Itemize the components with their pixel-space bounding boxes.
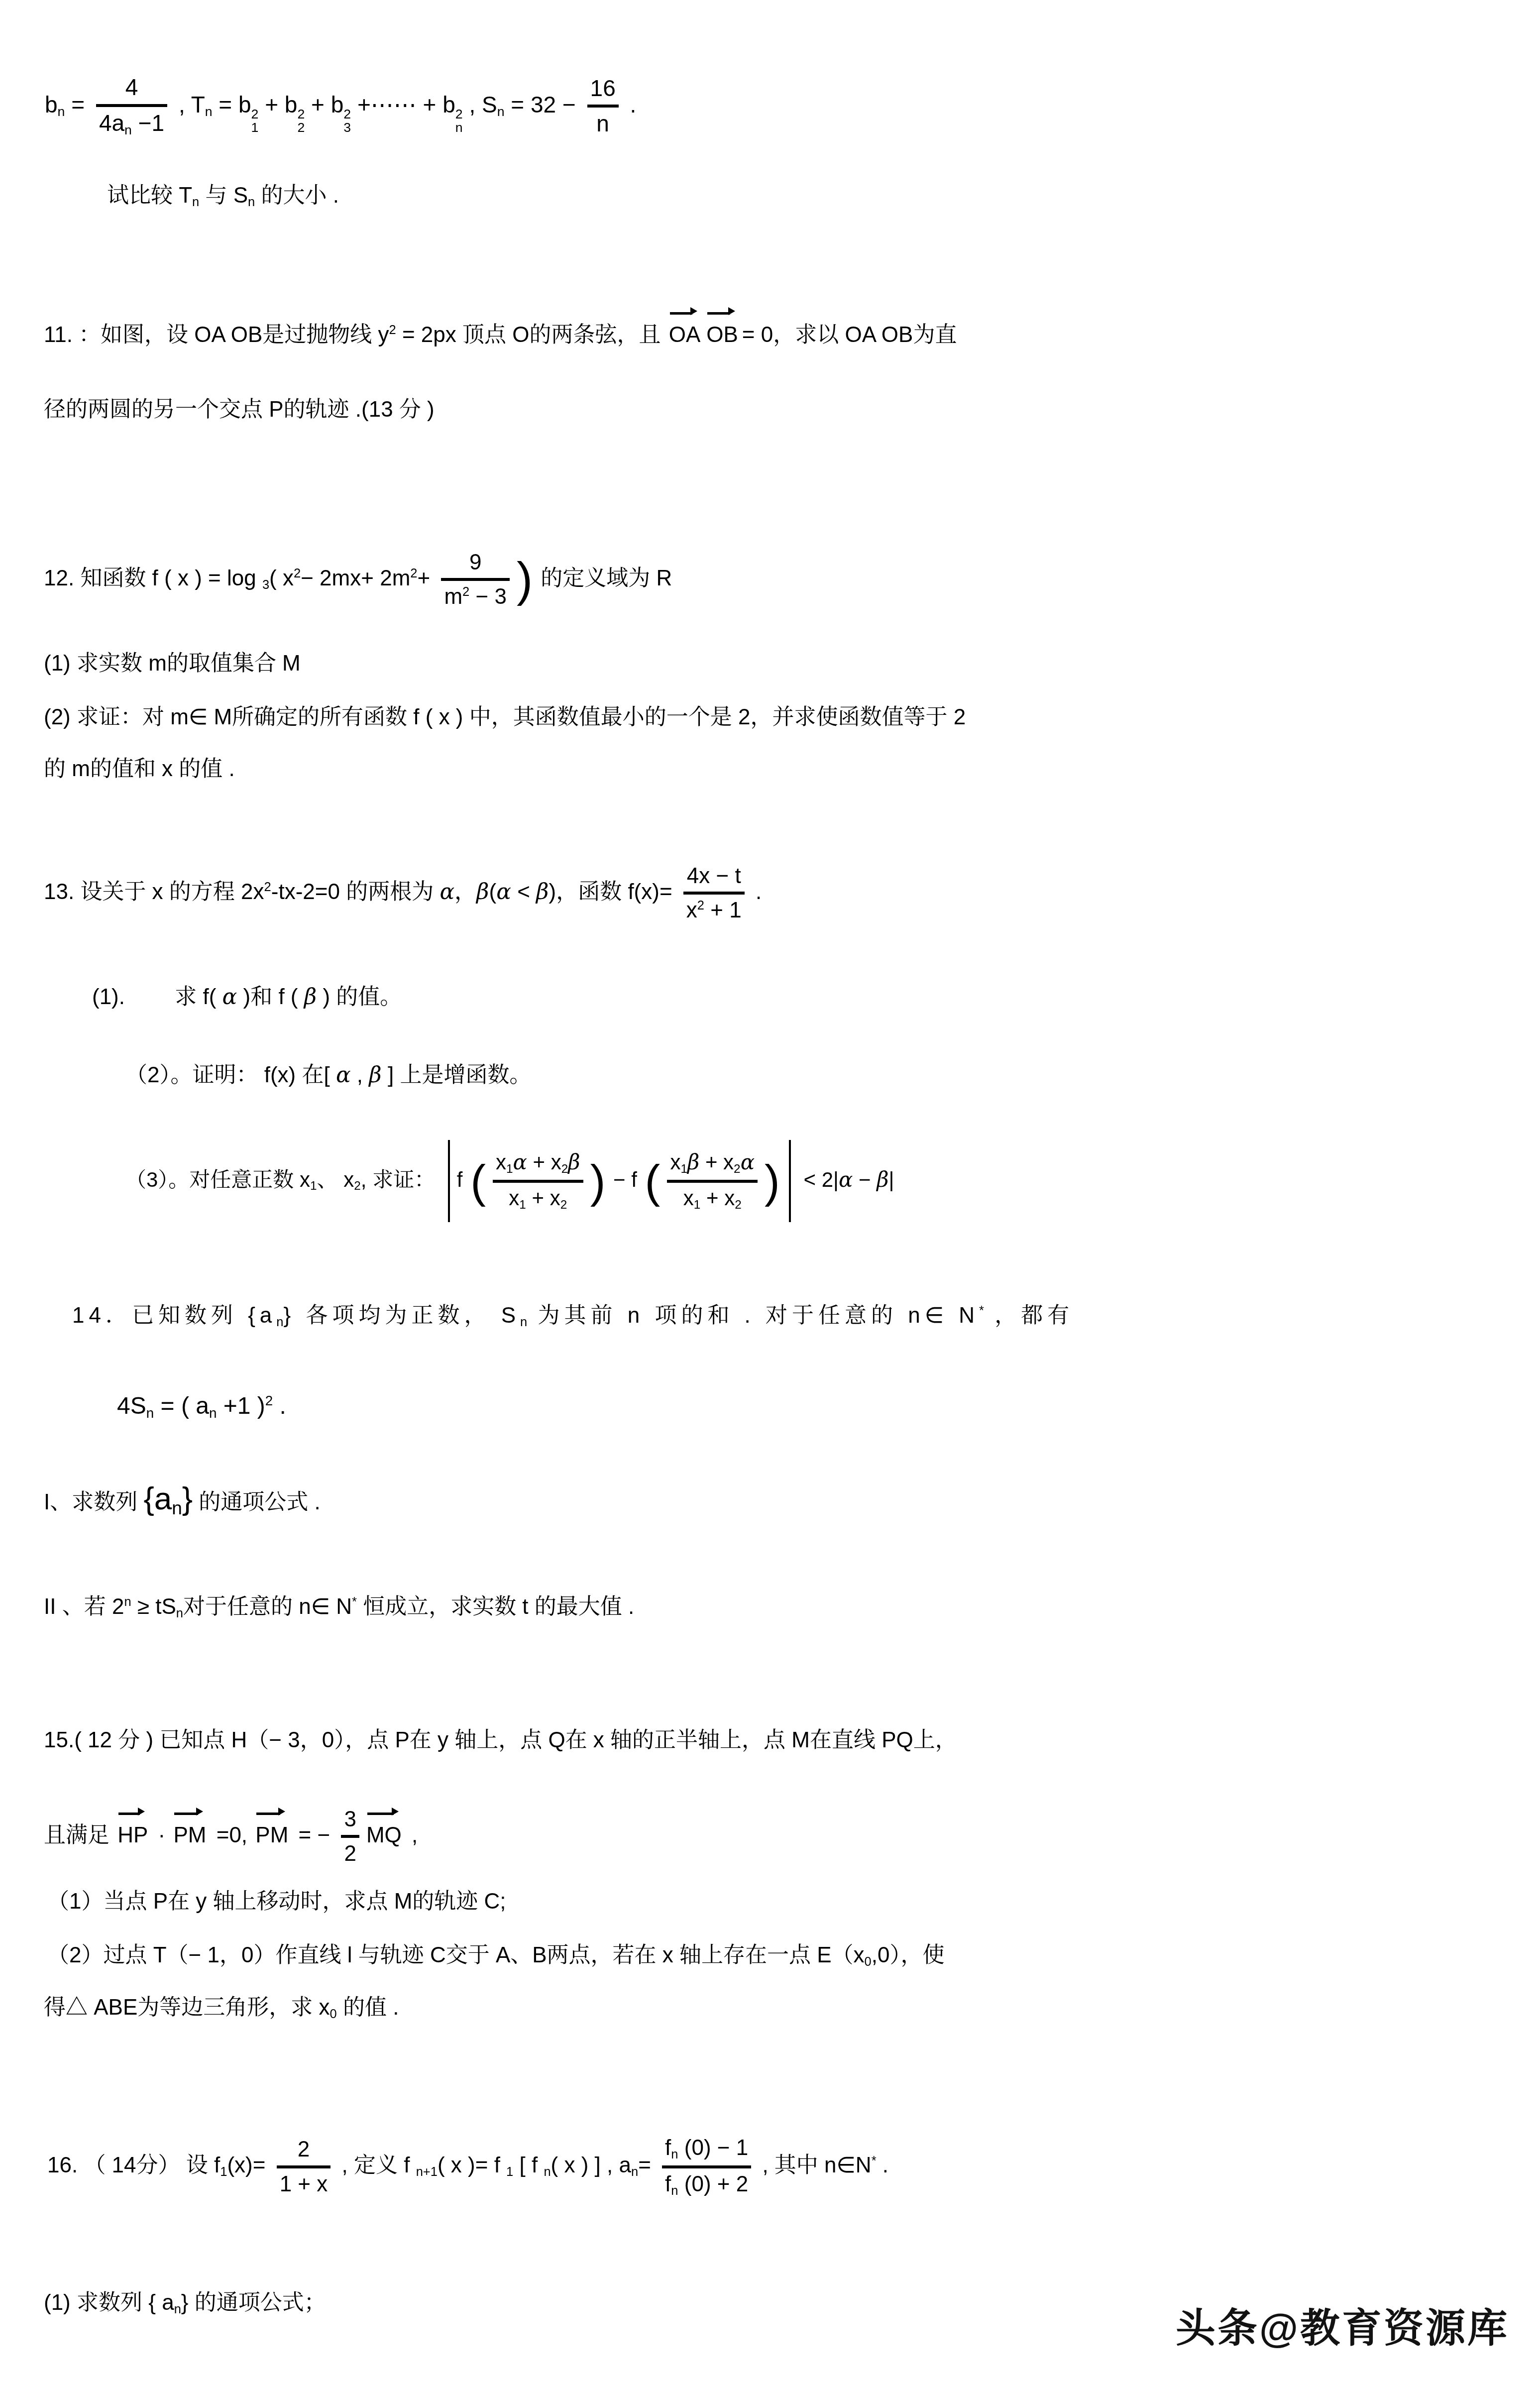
text: =0, (210, 1823, 253, 1847)
text: } 的通项公式； (181, 2290, 326, 2315)
fraction-bar (662, 2165, 751, 2168)
text: 为其前 n 项的和 . 对于任意的 n∈ N (527, 1303, 979, 1328)
fraction: 16n (587, 76, 619, 137)
text: 2 (298, 2137, 310, 2161)
text: x (686, 898, 697, 922)
text: -tx-2=0 的两根为 (271, 880, 440, 904)
subscript: n (174, 2302, 181, 2316)
greek-letter: α (513, 1150, 527, 1174)
greek-letter: β (536, 879, 549, 905)
text: )，函数 f(x)= (549, 880, 678, 904)
fraction-bar (587, 105, 619, 108)
big-paren: ( (470, 1155, 486, 1207)
text: (x)= (227, 2153, 271, 2177)
text: x (496, 1150, 506, 1174)
subscript: 3 (262, 578, 269, 592)
subscript: n (276, 1315, 283, 1329)
greek-letter: β (369, 1062, 381, 1088)
text: + (418, 566, 437, 590)
text: （2）。证明： f(x) 在[ (125, 1063, 336, 1087)
text: 4a (99, 110, 124, 136)
text: , 其中 n∈N (756, 2153, 871, 2177)
problem-14-part-2: II 、若 2n ≥ tSn对于任意的 n∈ N* 恒成立，求实数 t 的最大值… (44, 1593, 634, 1622)
text: 15.( 12 分 ) 已知点 H（− 3，0），点 P在 y 轴上，点 Q在 … (44, 1728, 957, 1752)
problem-16-heading: 16. （ 14分） 设 f1(x)= 21 + x , 定义 f n+1( x… (47, 2136, 888, 2198)
subscript: n (671, 2184, 678, 2198)
numerator: 16 (587, 76, 619, 102)
stacked-sub: 3 (343, 121, 351, 134)
text: (0) − 1 (678, 2136, 749, 2160)
text: 的通项公式 . (193, 1490, 321, 1514)
text: = 0，求以 OA OB为直 (742, 323, 957, 347)
text: 与 S (199, 183, 248, 208)
text: OA (669, 323, 701, 347)
text: 的值 . (337, 1995, 399, 2020)
subscript: n (671, 2148, 678, 2161)
subscript: 1 (310, 1179, 317, 1193)
text: II 、若 2 (44, 1594, 124, 1619)
numerator: 9 (466, 550, 484, 574)
vector: PM (173, 1821, 206, 1849)
text: < (511, 880, 536, 904)
text: ) 的值。 (317, 985, 402, 1009)
text: MQ (366, 1823, 402, 1847)
fraction-bar (96, 104, 167, 107)
watermark: 头条@教育资源库 (1176, 2296, 1509, 2353)
subscript: n (248, 195, 255, 209)
greek-letter: α (222, 984, 237, 1010)
subscript: n (58, 104, 65, 119)
text: ，都有 (984, 1303, 1074, 1328)
text: + x (527, 1150, 561, 1174)
stacked-sub: 1 (251, 121, 259, 134)
subscript: n (209, 1405, 217, 1421)
text: −1 (132, 110, 164, 136)
subscript: n (631, 2165, 638, 2179)
text: n (596, 111, 609, 136)
denominator: 2 (341, 1841, 359, 1866)
vector: OA (669, 321, 701, 348)
text: . (273, 1393, 286, 1419)
text: HP (117, 1823, 148, 1847)
text: 得△ ABE为等边三角形，求 x (44, 1995, 330, 2020)
text: x (683, 1186, 694, 1210)
fraction: x1α + x2βx1 + x2 (493, 1150, 583, 1211)
text: （3）。对任意正数 x (125, 1168, 310, 1191)
subscript: n (497, 104, 505, 119)
problem-13-part-3: （3）。对任意正数 x1、 x2, 求证： f (x1α + x2βx1 + x… (125, 1140, 894, 1222)
problem-15-heading: 15.( 12 分 ) 已知点 H（− 3，0），点 P在 y 轴上，点 Q在 … (44, 1726, 957, 1754)
fraction-bar (341, 1835, 359, 1838)
text: − (853, 1168, 877, 1191)
text: 14．已知数列 {a (72, 1303, 276, 1328)
subscript: 1 (506, 1162, 513, 1176)
text: 恒成立，求实数 t 的最大值 . (357, 1594, 634, 1619)
text: ( (489, 880, 497, 904)
stacked-sup: 2 (297, 108, 305, 121)
text: 16 (590, 75, 616, 101)
greek-letter: β (877, 1167, 888, 1192)
text: ( x )= f (438, 2153, 506, 2177)
subscript: n+1 (416, 2165, 438, 2179)
problem-11-line-2: 径的两圆的另一个交点 P的轨迹 .(13 分 ) (44, 396, 435, 423)
text: 2 (344, 1841, 356, 1866)
fraction: 32 (341, 1807, 359, 1866)
subscript: 1 (519, 1198, 526, 1211)
text: + 1 (704, 898, 742, 922)
fraction: fn (0) − 1fn (0) + 2 (662, 2136, 751, 2198)
problem-15-part-2-line-1: （2）过点 T（− 1，0）作直线 l 与轨迹 C交于 A、B两点，若在 x 轴… (47, 1941, 945, 1970)
text: （1）当点 P在 y 轴上移动时，求点 M的轨迹 C; (47, 1889, 506, 1914)
text: = − (292, 1823, 336, 1847)
denominator: x2 + 1 (683, 898, 745, 922)
vector: PM (255, 1821, 288, 1849)
numerator: x1β + x2α (667, 1150, 758, 1176)
greek-letter: β (476, 879, 489, 905)
greek-letter: β (687, 1150, 699, 1174)
superscript: 2 (294, 567, 301, 580)
stacked-script: 21 (251, 108, 259, 134)
text: f (457, 1168, 468, 1191)
text: } (182, 1480, 193, 1516)
superscript: * (872, 2154, 877, 2168)
text: 16. （ 14分） 设 f (47, 2153, 220, 2177)
subscript: 2 (560, 1198, 567, 1211)
stacked-script: 2n (455, 108, 463, 134)
text: . (750, 880, 762, 904)
problem-13-part-2: （2）。证明： f(x) 在[ α , β ] 上是增函数。 (125, 1061, 531, 1089)
subscript: n (520, 1315, 527, 1329)
text: < 2| (798, 1168, 839, 1191)
text: m (444, 584, 462, 609)
problem-14-formula: 4Sn = ( an +1 )2 . (117, 1391, 286, 1422)
big-paren: ) (765, 1155, 780, 1207)
fraction: 9m2 − 3 (441, 550, 509, 609)
text: = (65, 92, 91, 117)
text: )和 f ( (237, 985, 304, 1009)
subscript: n (544, 2165, 550, 2179)
text: , (351, 1063, 369, 1087)
text: . (624, 92, 637, 117)
text: + x (699, 1150, 734, 1174)
subscript: 1 (506, 2165, 513, 2179)
document-page: bn = 44an −1 , Tn = b21 + b22 + b23 +⋯⋯ … (0, 0, 1540, 2382)
text: I、求数列 (44, 1490, 143, 1514)
greek-letter: β (568, 1150, 580, 1174)
text: b (45, 92, 58, 117)
denominator: fn (0) + 2 (662, 2172, 751, 2198)
text: +⋯⋯ + b (351, 92, 455, 117)
text: 9 (469, 550, 481, 574)
text: } 各项均为正数， S (284, 1303, 521, 1328)
stacked-sup: 2 (455, 108, 463, 121)
problem-10-formula-line: bn = 44an −1 , Tn = b21 + b22 + b23 +⋯⋯ … (45, 75, 636, 138)
subscript: 2 (735, 1198, 742, 1211)
superscript: 2 (389, 323, 396, 337)
stacked-script: 23 (343, 108, 351, 134)
text: | (889, 1168, 894, 1191)
denominator: x1 + x2 (680, 1186, 745, 1212)
fraction-bar (277, 2165, 331, 2168)
subscript: n (146, 1405, 154, 1421)
big-paren: ) (590, 1155, 606, 1207)
numerator: 3 (341, 1807, 359, 1831)
superscript: * (979, 1304, 984, 1318)
text: 的定义域为 R (535, 566, 672, 590)
text: = (638, 2153, 657, 2177)
text: − 3 (469, 584, 507, 609)
text: f (665, 2136, 671, 2160)
text: , 求证： (361, 1168, 441, 1191)
problem-12-part-1: (1) 求实数 m的取值集合 M (44, 650, 301, 677)
text: . (877, 2153, 888, 2177)
text: · (152, 1823, 171, 1847)
denominator: 1 + x (277, 2172, 331, 2196)
text: PM (255, 1823, 288, 1847)
text: 试比较 T (107, 183, 192, 208)
text: + b (258, 92, 297, 117)
text: + x (700, 1186, 735, 1210)
problem-16-part-1: (1) 求数列 { an} 的通项公式； (44, 2289, 326, 2318)
greek-letter: α (741, 1150, 755, 1174)
subscript: n (205, 104, 213, 119)
problem-15-part-2-line-2: 得△ ABE为等边三角形，求 x0 的值 . (44, 1994, 399, 2023)
text: OB (706, 323, 738, 347)
big-paren: ( (645, 1155, 660, 1207)
superscript: * (352, 1595, 357, 1609)
fraction-bar (493, 1180, 583, 1183)
text: 1 + x (280, 2172, 328, 2196)
subscript: n (124, 122, 132, 137)
text: ≥ tS (131, 1594, 176, 1619)
problem-14-part-1: I、求数列 {an} 的通项公式 . (44, 1488, 321, 1516)
problem-15-condition: 且满足 HP · PM =0, PM = − 32MQ , (44, 1807, 418, 1866)
subscript: n (176, 1606, 183, 1620)
vector: MQ (366, 1821, 402, 1849)
subscript: n (192, 195, 199, 209)
text: x (670, 1150, 680, 1174)
subscript: 1 (220, 2165, 227, 2179)
numerator: fn (0) − 1 (662, 2136, 751, 2162)
subscript: 0 (330, 2007, 337, 2021)
numerator: 4x − t (684, 864, 744, 888)
problem-13-heading: 13. 设关于 x 的方程 2x2-tx-2=0 的两根为 α，β(α < β)… (44, 864, 762, 923)
greek-letter: α (839, 1167, 853, 1192)
text: ,0），使 (872, 1943, 945, 1967)
superscript: 2 (410, 567, 417, 580)
superscript: n (124, 1595, 131, 1609)
text: ( x ) ] , a (551, 2153, 631, 2177)
vector: HP (117, 1821, 148, 1849)
text: [ f (513, 2153, 544, 2177)
text: PM (173, 1823, 206, 1847)
text: = ( a (154, 1393, 209, 1419)
greek-letter: α (336, 1062, 351, 1088)
numerator: 2 (295, 2137, 313, 2161)
denominator: m2 − 3 (441, 584, 509, 609)
problem-12-part-2-line-1: (2) 求证：对 m∈ M所确定的所有函数 f ( x ) 中，其函数值最小的一… (44, 703, 966, 731)
text: ， (454, 880, 476, 904)
text: = b (213, 92, 251, 117)
subscript: n (172, 1498, 182, 1519)
text: +1 ) (217, 1393, 265, 1419)
text: , T (172, 92, 205, 117)
fraction-bar (683, 892, 745, 895)
superscript: 2 (697, 899, 704, 912)
fraction: 4x − tx2 + 1 (683, 864, 745, 923)
text: 、 x (317, 1168, 354, 1191)
fraction: x1β + x2αx1 + x2 (667, 1150, 758, 1211)
problem-12-part-2-line-2: 的 m的值和 x 的值 . (44, 755, 235, 783)
superscript: 2 (264, 880, 271, 894)
stacked-script: 22 (297, 108, 305, 134)
problem-14-heading: 14．已知数列 {an} 各项均为正数， Sn 为其前 n 项的和 . 对于任意… (72, 1302, 1074, 1331)
numerator: 4 (122, 75, 141, 101)
subscript: 2 (734, 1162, 741, 1176)
text: 3 (344, 1807, 356, 1831)
vector: OB (706, 321, 738, 348)
text: ] 上是增函数。 (382, 1063, 532, 1087)
text: ( x (269, 566, 294, 590)
subscript: 0 (865, 1955, 872, 1969)
text: − f (607, 1168, 643, 1191)
stacked-sup: 2 (343, 108, 351, 121)
text: 4 (125, 74, 138, 100)
text: 且满足 (44, 1823, 115, 1847)
subscript: 1 (680, 1162, 687, 1176)
text: 13. 设关于 x 的方程 2x (44, 880, 264, 904)
text: 的大小 . (255, 183, 339, 208)
text: (2) 求证：对 m∈ M所确定的所有函数 f ( x ) 中，其函数值最小的一… (44, 705, 966, 729)
greek-letter: α (496, 879, 511, 905)
text: 12. 知函数 f ( x ) = log (44, 566, 262, 590)
greek-letter: α (440, 879, 454, 905)
text: 对于任意的 n∈ N (183, 1594, 352, 1619)
text: （2）过点 T（− 1，0）作直线 l 与轨迹 C交于 A、B两点，若在 x 轴… (47, 1943, 865, 1967)
text: , S (463, 92, 497, 117)
text: (1) 求数列 { a (44, 2290, 174, 2315)
problem-11-line-1: 11. ：如图，设 OA OB是过抛物线 y2 = 2px 顶点 O的两条弦，且… (44, 321, 957, 348)
big-paren: ) (517, 552, 533, 606)
tall-bar (789, 1140, 791, 1222)
stacked-sub: 2 (297, 121, 305, 134)
denominator: 4an −1 (96, 111, 167, 138)
text: = 32 − (505, 92, 582, 117)
big-group: {an} (143, 1480, 193, 1516)
superscript: 2 (462, 585, 469, 599)
text: (1). 求 f( (92, 985, 222, 1009)
subscript: 1 (694, 1198, 701, 1211)
stacked-sup: 2 (251, 108, 259, 121)
denominator: n (593, 111, 612, 137)
problem-10-question: 试比较 Tn 与 Sn 的大小 . (107, 182, 339, 211)
text: 径的两圆的另一个交点 P的轨迹 .(13 分 ) (44, 397, 435, 422)
fraction: 44an −1 (96, 75, 167, 138)
text: = 2px 顶点 O的两条弦，且 (396, 323, 667, 347)
problem-12-heading: 12. 知函数 f ( x ) = log 3( x2− 2mx+ 2m2+ 9… (44, 550, 672, 609)
denominator: x1 + x2 (506, 1186, 570, 1212)
problem-15-part-1: （1）当点 P在 y 轴上移动时，求点 M的轨迹 C; (47, 1888, 506, 1915)
text: , 定义 f (335, 2153, 416, 2177)
tall-bar (448, 1140, 450, 1222)
superscript: 2 (265, 1393, 273, 1408)
text: f (665, 2172, 671, 2196)
text: , (406, 1823, 418, 1847)
text: 的 m的值和 x 的值 . (44, 757, 235, 781)
text: + b (305, 92, 343, 117)
fraction-bar (667, 1180, 758, 1183)
numerator: x1α + x2β (493, 1150, 583, 1176)
text: 4S (117, 1393, 146, 1419)
text: (0) + 2 (678, 2172, 749, 2196)
subscript: 2 (561, 1162, 568, 1176)
text: (1) 求实数 m的取值集合 M (44, 651, 301, 676)
text: − 2mx+ 2m (301, 566, 410, 590)
text: x (509, 1186, 519, 1210)
fraction: 21 + x (277, 2137, 331, 2196)
subscript: 2 (354, 1179, 361, 1193)
greek-letter: β (304, 984, 317, 1010)
fraction-bar (441, 578, 509, 581)
text: + x (526, 1186, 560, 1210)
stacked-sub: n (455, 121, 463, 134)
text: {a (143, 1480, 172, 1516)
problem-13-part-1: (1). 求 f( α )和 f ( β ) 的值。 (92, 983, 402, 1011)
text: 4x − t (687, 864, 741, 888)
text: 11. ：如图，设 OA OB是过抛物线 y (44, 323, 389, 347)
